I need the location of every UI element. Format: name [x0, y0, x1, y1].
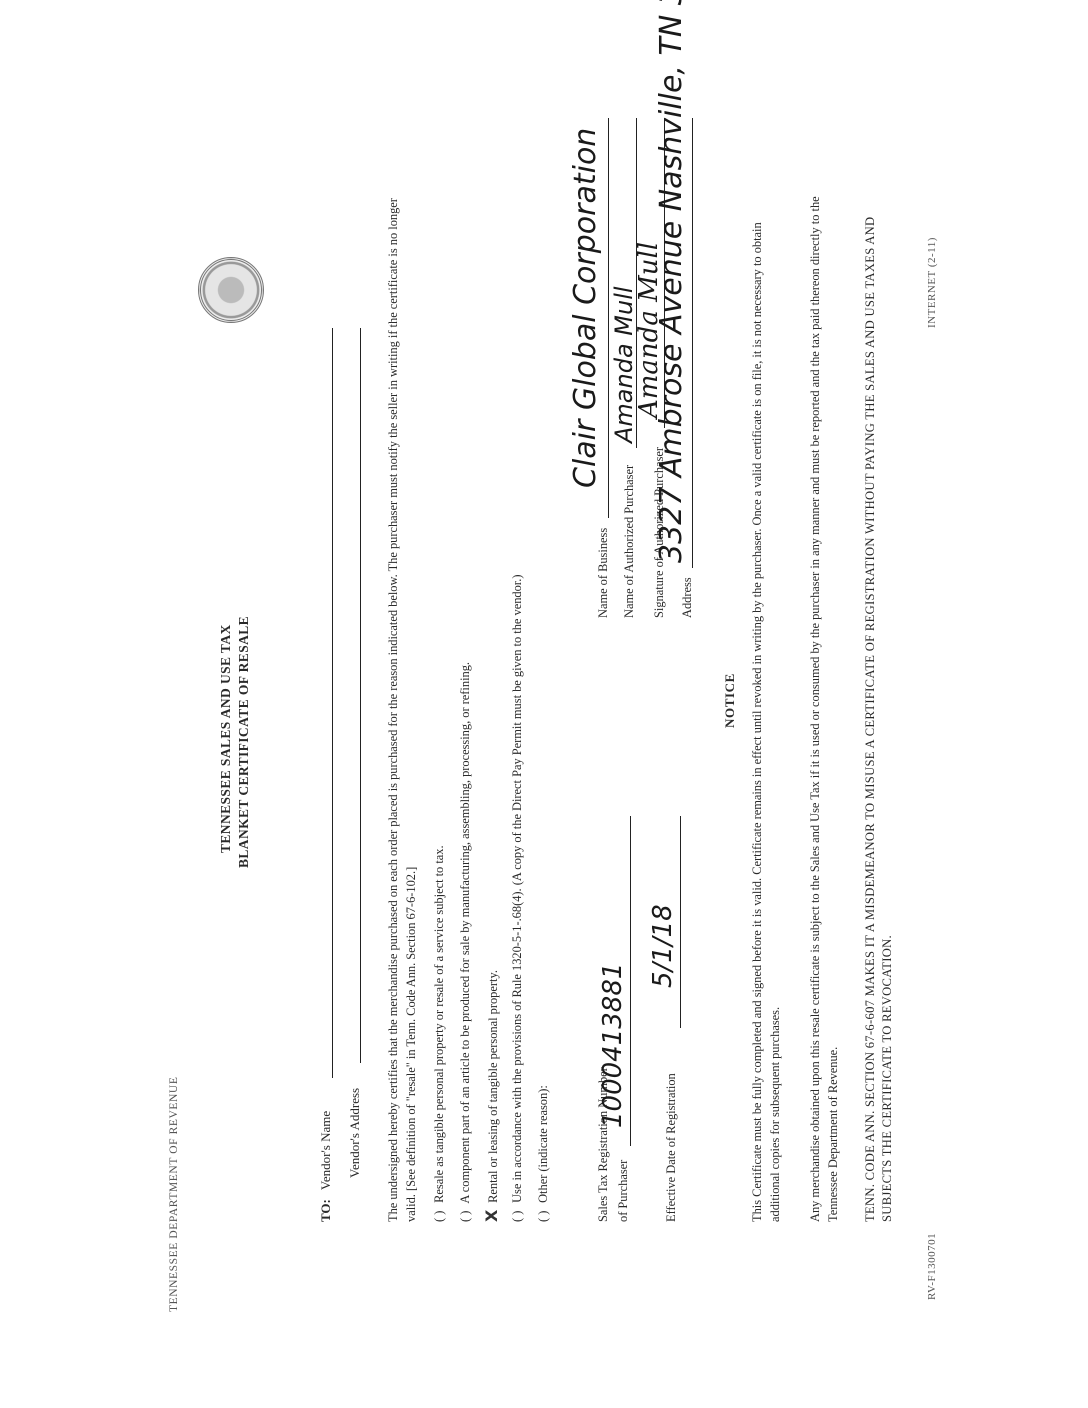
- option-other[interactable]: ( ) Other (indicate reason):: [536, 1085, 551, 1222]
- checkbox-component-part[interactable]: ( ): [458, 1206, 473, 1222]
- form-title-line2: BLANKET CERTIFICATE OF RESALE: [236, 616, 252, 868]
- state-seal-icon: [198, 257, 264, 323]
- option-label: Resale as tangible personal property or …: [432, 845, 446, 1202]
- vendor-name-row: TO: Vendor's Name: [318, 1111, 334, 1222]
- option-label: Other (indicate reason):: [536, 1085, 550, 1203]
- notice-paragraph-1: This Certificate must be fully completed…: [748, 182, 784, 1222]
- notice-title: NOTICE: [722, 673, 738, 728]
- business-name-field[interactable]: [608, 118, 609, 518]
- option-rental-leasing[interactable]: X Rental or leasing of tangible personal…: [482, 970, 501, 1222]
- form-number: RV-F1300701: [926, 1233, 938, 1300]
- to-label: TO:: [318, 1199, 333, 1222]
- option-label: Rental or leasing of tangible personal p…: [486, 970, 500, 1203]
- address-field[interactable]: [692, 118, 693, 568]
- checkmark-icon[interactable]: X: [482, 1206, 501, 1222]
- checkbox-other[interactable]: ( ): [536, 1206, 551, 1222]
- option-resale[interactable]: ( ) Resale as tangible personal property…: [432, 845, 447, 1222]
- registration-date-value: 5/1/18: [648, 904, 678, 988]
- authorized-purchaser-label: Name of Authorized Purchaser: [622, 465, 637, 618]
- option-direct-pay[interactable]: ( ) Use in accordance with the provision…: [510, 575, 525, 1222]
- registration-date-field[interactable]: [680, 816, 681, 1028]
- registration-number-field[interactable]: [630, 816, 631, 1146]
- registration-date-label: Effective Date of Registration: [664, 1073, 679, 1222]
- vendor-name-label: Vendor's Name: [318, 1111, 333, 1190]
- form-title-line1: TENNESSEE SALES AND USE TAX: [218, 624, 234, 853]
- option-component-part[interactable]: ( ) A component part of an article to be…: [458, 662, 473, 1222]
- misuse-warning: TENN. CODE ANN. SECTION 67-6-607 MAKES I…: [862, 182, 896, 1222]
- registration-number-label-2: of Purchaser: [616, 1160, 631, 1222]
- option-label: Use in accordance with the provisions of…: [510, 575, 524, 1203]
- intro-paragraph: The undersigned hereby certifies that th…: [384, 182, 420, 1222]
- form-version: INTERNET (2-11): [926, 237, 938, 328]
- checkbox-resale[interactable]: ( ): [432, 1206, 447, 1222]
- checkbox-direct-pay[interactable]: ( ): [510, 1206, 525, 1222]
- option-label: A component part of an article to be pro…: [458, 662, 472, 1204]
- address-value: 3327 Ambrose Avenue Nashville, TN 37207: [654, 0, 689, 563]
- vendor-name-field[interactable]: [332, 328, 333, 1078]
- vendor-address-label: Vendor's Address: [347, 1088, 363, 1178]
- department-name: TENNESSEE DEPARTMENT OF REVENUE: [168, 1077, 180, 1312]
- registration-number-value: 1000413881: [598, 963, 628, 1128]
- address-label: Address: [680, 577, 695, 618]
- notice-paragraph-2: Any merchandise obtained upon this resal…: [806, 182, 842, 1222]
- business-name-label: Name of Business: [596, 528, 611, 618]
- resale-certificate-page: TENNESSEE DEPARTMENT OF REVENUE TENNESSE…: [0, 0, 1088, 1408]
- business-name-value: Clair Global Corporation: [568, 128, 603, 488]
- vendor-address-field[interactable]: [360, 328, 361, 1063]
